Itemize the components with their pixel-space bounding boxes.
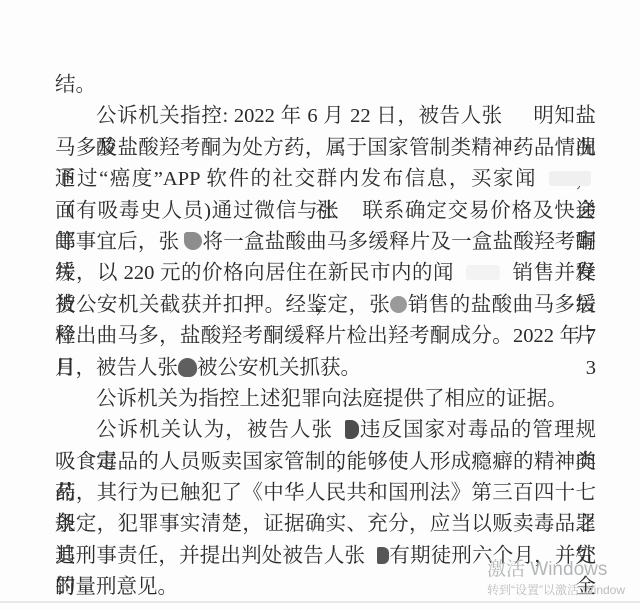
redacted-name-gap [454,277,466,279]
redaction-mark [184,232,202,250]
text-line: 片，以 220 元的价格向居住在新民市内的闻销售并发货，后 [55,258,596,289]
line-text: 公诉机关为指控上述犯罪向法庭提供了相应的证据。 [96,388,568,410]
text-line: 公诉机关指控: 2022 年 6 月 22 日，被告人张明知盐酸曲 [55,101,596,132]
redaction-mark [345,420,359,439]
redacted-name-gap [333,434,345,436]
line-text: 公诉机关指控: 2022 年 6 月 22 日，被告人张 [96,105,503,127]
text-line: 公诉机关为指控上述犯罪向法庭提供了相应的证据。 [55,384,596,415]
text-line: 公诉机关认为，被告人张违反国家对毒品的管理规定，向 [55,415,596,446]
redacted-name-gap [179,246,184,248]
line-text: 的量刑意见。 [55,576,178,598]
line-text: 通过“癌度”APP 软件的社交群内发布信息，买家闻 [55,168,537,190]
text-line: 规定，犯罪事实清楚，证据确实、充分，应当以贩卖毒品罪追究 [55,509,596,540]
redaction-mark [178,358,197,377]
line-text: 片，以 220 元的价格向居住在新民市内的闻 [55,262,454,284]
redaction-mark [466,265,500,280]
page-bottom-edge [0,601,640,603]
redacted-name-gap [340,215,362,217]
redaction-mark [377,547,389,564]
redacted-name-gap [365,560,377,562]
line-text: 其刑事责任，并提出判处被告人张 [55,545,365,567]
text-line: 等事宜后，张将一盒盐酸曲马多缓释片及一盒盐酸羟考酮缓释 [55,227,596,258]
line-text: 面有吸毒史人员)通过微信与张 [55,200,340,222]
redacted-name-gap [500,277,512,279]
text-line: 其刑事责任，并提出判处被告人张有期徒刑六个月，并处罚金 [55,541,596,572]
redacted-name-gap [591,183,596,185]
line-text: 被公安机关抓获。 [197,357,361,379]
scanned-court-document-page: { "document": { "lines": [ { "text": "结。… [0,0,640,610]
redaction-mark [549,171,591,186]
redacted-name-gap [503,120,533,122]
line-text: 被公安机关截获并扣押。经鉴定，张 [55,294,390,316]
redaction-mark [390,296,407,313]
line-text: 等事宜后，张 [55,231,179,253]
text-line: 马多及盐酸羟考酮为处方药，属于国家管制类精神药品情况下， [55,133,596,164]
text-line: 结。 [55,70,596,101]
text-line: 面有吸毒史人员)通过微信与张联系确定交易价格及快递邮寄 [55,196,596,227]
line-text: 公诉机关认为，被告人张 [96,419,333,441]
text-line: 通过“癌度”APP 软件的社交群内发布信息，买家闻（社会 [55,164,596,195]
text-line: 品，其行为已触犯了《中华人民共和国刑法》第三百四十七条之 [55,478,596,509]
line-text: 结。 [55,74,96,96]
text-line: 被公安机关截获并扣押。经鉴定，张销售的盐酸曲马多缓释片 [55,290,596,321]
redacted-name-gap [537,183,549,185]
text-line: 检出曲马多，盐酸羟考酮缓释片检出羟考酮成分。2022 年 7 月 3 [55,321,596,352]
document-text: 结。 公诉机关指控: 2022 年 6 月 22 日，被告人张明知盐酸曲 马多及… [55,70,596,604]
text-line: 吸食毒品的人员贩卖国家管制的能够使人形成瘾癖的精神类药 [55,447,596,478]
line-text: 日，被告人张 [55,357,178,379]
